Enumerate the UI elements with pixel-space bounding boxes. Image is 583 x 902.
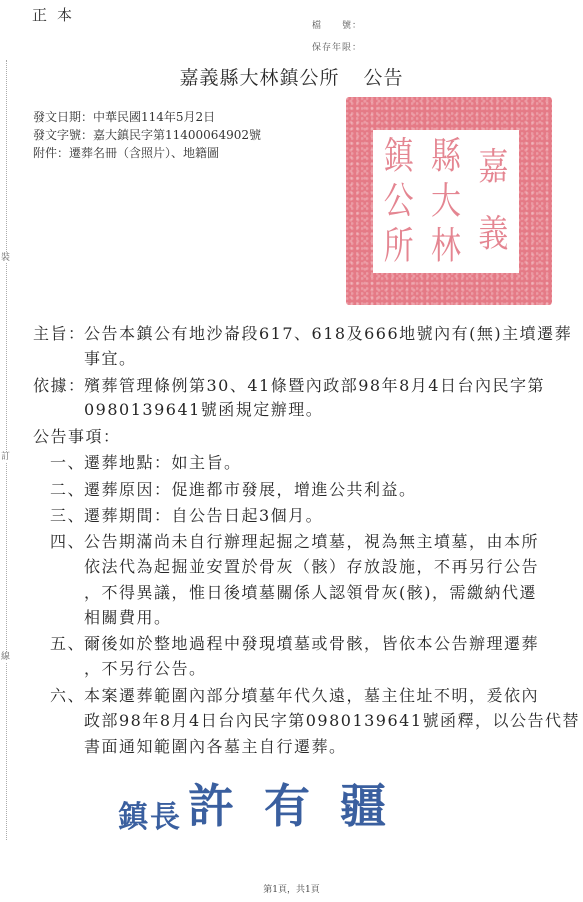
- issue-date: 發文日期：中華民國114年5月2日: [33, 108, 215, 126]
- seal-glyph: 公: [384, 182, 414, 222]
- seal-column-1: 嘉 義: [471, 134, 515, 269]
- page-number: 第1頁，共1頁: [0, 882, 583, 895]
- binding-mark-ding: 訂: [1, 452, 10, 462]
- basis-label: 依據：: [33, 376, 86, 396]
- retention-period-label: 保存年限：: [312, 40, 362, 53]
- seal-glyph: 所: [384, 227, 414, 267]
- item-number-5: 五、: [50, 634, 85, 654]
- item-6-line-3: 書面通知範圍內各墓主自行遷葬。: [84, 737, 347, 757]
- document-title: 嘉義縣大林鎮公所公告: [0, 63, 583, 90]
- seal-column-3: 鎮 公 所: [377, 134, 421, 269]
- seal-inner-field: 嘉 義 縣 大 林 鎮 公 所: [373, 130, 519, 273]
- seal-glyph: 嘉: [478, 148, 508, 188]
- item-5-line-1: 爾後如於整地過程中發現墳墓或骨骸，皆依本公告辦理遷葬: [84, 634, 539, 654]
- item-number-1: 一、: [50, 453, 85, 473]
- item-4-line-4: 相關費用。: [84, 608, 172, 628]
- file-number-label: 檔 號：: [312, 18, 362, 31]
- issue-number: 發文字號：嘉大鎮民字第11400064902號: [33, 126, 261, 144]
- seal-glyph: 大: [431, 182, 461, 222]
- attachments: 附件：遷葬名冊（含照片）、地籍圖: [33, 144, 219, 162]
- title-document-type: 公告: [364, 67, 404, 89]
- title-organization: 嘉義縣大林鎮公所: [179, 67, 339, 89]
- item-6-line-1: 本案遷葬範圍內部分墳墓年代久遠，墓主住址不明，爰依內: [84, 686, 539, 706]
- subject-line-2: 事宜。: [84, 349, 137, 369]
- item-4-line-1: 公告期滿尚未自行辦理起掘之墳墓，視為無主墳墓，由本所: [84, 532, 539, 552]
- item-5-line-2: ，不另行公告。: [84, 659, 207, 679]
- binding-mark-xian: 線: [1, 652, 10, 662]
- seal-glyph: 林: [431, 227, 461, 267]
- binding-line: [6, 60, 7, 840]
- seal-glyph: 縣: [431, 137, 461, 177]
- item-4-line-2: 依法代為起掘並安置於骨灰（骸）存放設施，不再另行公告: [84, 557, 539, 577]
- official-seal: 嘉 義 縣 大 林 鎮 公 所: [346, 97, 552, 305]
- signature-name: 許有疆: [188, 779, 416, 833]
- item-number-4: 四、: [50, 532, 85, 552]
- item-number-3: 三、: [50, 506, 85, 526]
- basis-line-1: 殯葬管理條例第30、41條暨內政部98年8月4日台內民字第: [84, 376, 545, 396]
- subject-label: 主旨：: [33, 324, 86, 344]
- item-2-line-1: 遷葬原因：促進都市發展，增進公共利益。: [84, 480, 417, 500]
- basis-line-2: 0980139641號函規定辦理。: [84, 400, 323, 420]
- mayor-signature: 鎮長許有疆: [118, 770, 416, 836]
- item-1-line-1: 遷葬地點：如主旨。: [84, 453, 242, 473]
- item-number-6: 六、: [50, 686, 85, 706]
- subject-line-1: 公告本鎮公有地沙崙段617、618及666地號內有(無)主墳遷葬: [84, 324, 572, 344]
- copy-type-mark: 正本: [32, 4, 82, 25]
- seal-glyph: 鎮: [384, 137, 414, 177]
- item-number-2: 二、: [50, 480, 85, 500]
- seal-column-2: 縣 大 林: [424, 134, 468, 269]
- items-heading: 公告事項：: [33, 427, 121, 447]
- binding-mark-zhuang: 裝: [1, 253, 10, 263]
- item-4-line-3: ，不得異議，惟日後墳墓關係人認領骨灰(骸)，需繳納代遷: [84, 583, 537, 603]
- signature-title: 鎮長: [118, 800, 182, 835]
- seal-glyph: 義: [478, 215, 508, 255]
- item-3-line-1: 遷葬期間：自公告日起3個月。: [84, 506, 323, 526]
- item-6-line-2: 政部98年8月4日台內民字第0980139641號函釋，以公告代替: [84, 711, 580, 731]
